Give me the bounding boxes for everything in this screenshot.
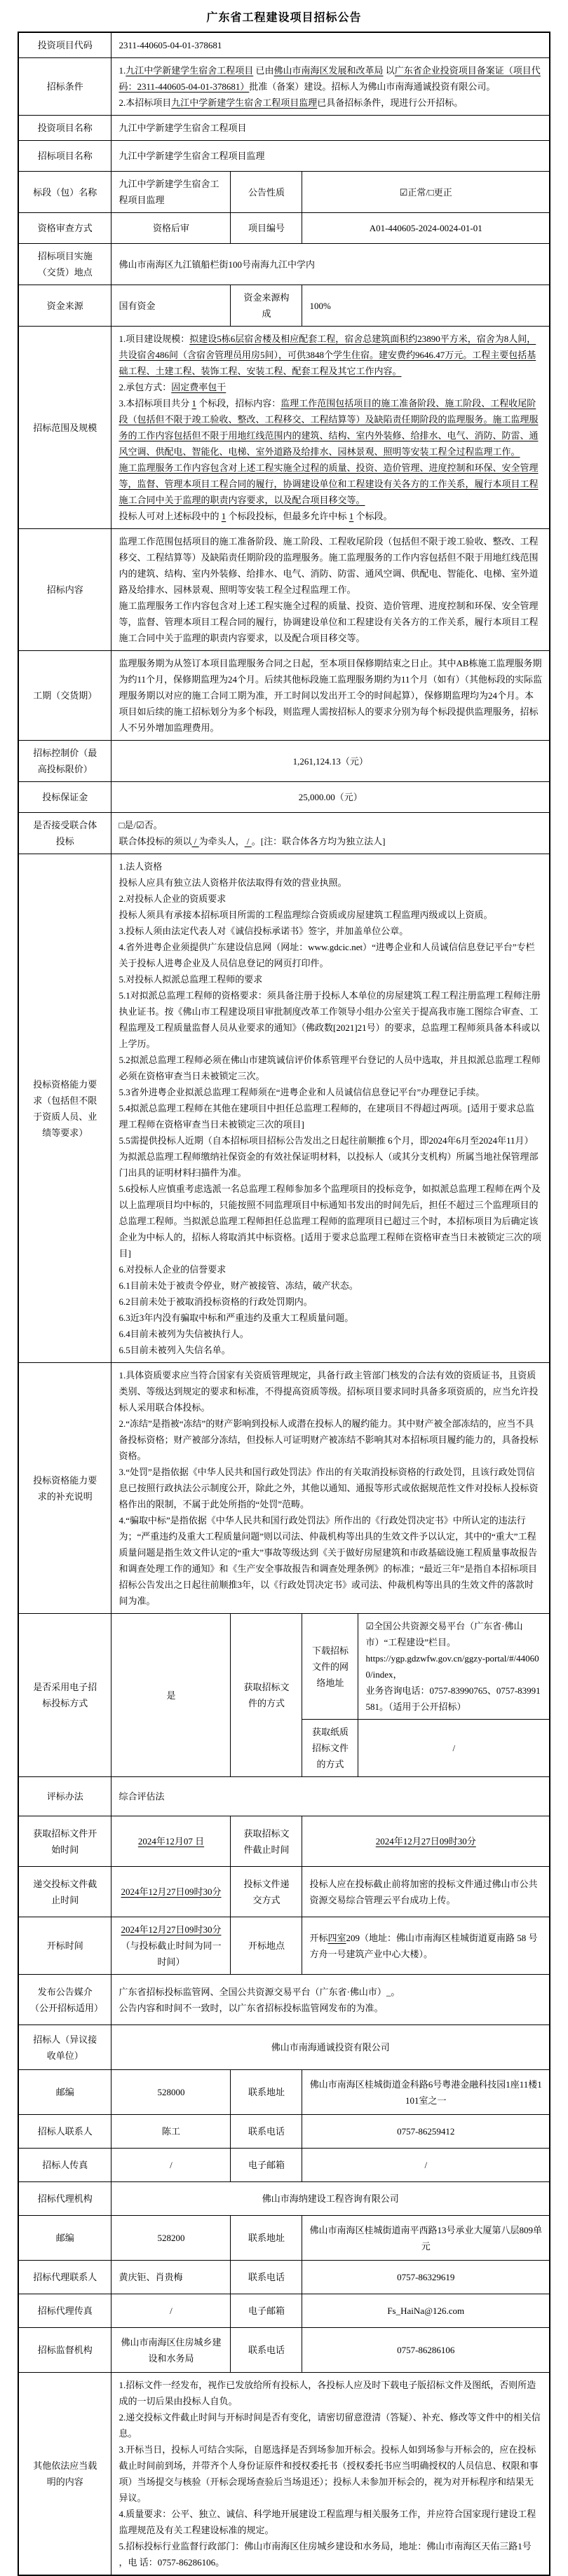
- doc-method-label: 获取招标文件的方式: [231, 1614, 302, 1777]
- tenderer-address-label: 联系地址: [231, 2070, 302, 2115]
- evaluation-label: 评标办法: [18, 1777, 111, 1816]
- paper-method-value: /: [358, 1720, 550, 1777]
- bid-conditions-value: 1.九江中学新建学生宿舍工程项目 已由佛山市南海区发展和改革局 以广东省企业投资…: [111, 58, 550, 116]
- row-funds: 资金来源 国有资金 资金来源构成 100%: [18, 285, 550, 327]
- section-value: 九江中学新建学生宿舍工程项目监理: [111, 172, 231, 213]
- funds-value: 国有资金: [111, 285, 231, 327]
- consortium-label: 是否接受联合体投标: [18, 813, 111, 854]
- qualification-notes-label: 投标资格能力要求的补充说明: [18, 1363, 111, 1614]
- content-value: 监理工作范围包括项目的施工准备阶段、施工阶段、工程收尾阶段（包括但不限于竣工验收…: [111, 529, 550, 651]
- qualification-label: 投标资格能力要求（包括但不限于资质人员、业绩等要求）: [18, 854, 111, 1363]
- tender-name-value: 九江中学新建学生宿舍工程项目监理: [111, 141, 550, 172]
- agency-value: 佛山市海纳建设工程咨询有限公司: [111, 2182, 550, 2216]
- agency-contact-value: 黄庆钜、肖贵梅: [111, 2261, 231, 2294]
- tenderer-contact-label: 招标人联系人: [18, 2115, 111, 2149]
- deposit-value: 25,000.00（元）: [111, 782, 550, 813]
- agency-fax-label: 招标代理传真: [18, 2294, 111, 2328]
- row-tenderer: 招标人（异议接收单位） 佛山市南海通诚投资有限公司: [18, 2025, 550, 2070]
- tenderer-phone-value: 0757-86259412: [302, 2115, 550, 2149]
- invest-code-label: 投资项目代码: [18, 32, 111, 58]
- row-contact1: 招标人联系人 陈工 联系电话 0757-86259412: [18, 2115, 550, 2149]
- funds-composition-value: 100%: [302, 285, 550, 327]
- row-submit: 递交投标文件截止时间 2024年12月27日09时30分 投标文件递交方式 投标…: [18, 1867, 550, 1917]
- qual-review-label: 资格审查方式: [18, 213, 111, 244]
- evaluation-value: 综合评估法: [111, 1777, 550, 1816]
- agency-email-value: Fs_HaiNa@126.com: [302, 2294, 550, 2328]
- agency-address-label: 联系地址: [231, 2216, 302, 2261]
- agency-label: 招标代理机构: [18, 2182, 111, 2216]
- doc-start-value: 2024年12月07 日: [111, 1816, 231, 1867]
- supervisor-label: 招标监督机构: [18, 2328, 111, 2373]
- row-fax2: 招标代理传真 / 电子邮箱 Fs_HaiNa@126.com: [18, 2294, 550, 2328]
- consortium-value: □是/☑否。联合体投标的须以 / 为牵头人， / 。[注：联合体各方均为独立法人…: [111, 813, 550, 854]
- content-label: 招标内容: [18, 529, 111, 651]
- scope-label: 招标范围及规模: [18, 327, 111, 529]
- page-title: 广东省工程建设项目招标公告: [0, 8, 568, 25]
- qualification-notes-value: 1.具体资质要求应当符合国家有关资质管理规定，具备行政主管部门核发的合法有效的资…: [111, 1363, 550, 1614]
- bid-conditions-label: 招标条件: [18, 58, 111, 116]
- row-duration: 工期（交货期） 监理服务期为从签订本项目监理服务合同之日起，至本项目保修期结束之…: [18, 651, 550, 741]
- row-zip2: 邮编 528200 联系地址 佛山市南海区桂城街道南平西路13号承业大厦第八层8…: [18, 2216, 550, 2261]
- submit-method-value: 投标人应在投标截止前将加密的投标文件通过佛山市公共资源交易综合管理云平台成功上传…: [302, 1867, 550, 1917]
- row-section: 标段（包）名称 九江中学新建学生宿舍工程项目监理 公告性质 ☑正常/□更正: [18, 172, 550, 213]
- tenderer-fax-value: /: [111, 2149, 231, 2182]
- opening-time-value: 2024年12月27日09时30分（与投标截止时间为同一时间）: [111, 1917, 231, 1975]
- invest-code-value: 2311-440605-04-01-378681: [111, 32, 550, 58]
- tenderer-fax-label: 招标人传真: [18, 2149, 111, 2182]
- row-control-price: 招标控制价（最高投标限价） 1,261,124.13（元）: [18, 741, 550, 782]
- row-agency: 招标代理机构 佛山市海纳建设工程咨询有限公司: [18, 2182, 550, 2216]
- agency-phone-label: 联系电话: [231, 2261, 302, 2294]
- paper-method-label: 获取纸质招标文件的方式: [302, 1720, 358, 1777]
- row-consortium: 是否接受联合体投标 □是/☑否。联合体投标的须以 / 为牵头人， / 。[注：联…: [18, 813, 550, 854]
- row-qualification-notes: 投标资格能力要求的补充说明 1.具体资质要求应当符合国家有关资质管理规定，具备行…: [18, 1363, 550, 1614]
- tenderer-address-value: 佛山市南海区桂城街道金科路6号粤港金融科技园1座11楼1101室之一: [302, 2070, 550, 2115]
- row-opening: 开标时间 2024年12月27日09时30分（与投标截止时间为同一时间） 开标地…: [18, 1917, 550, 1975]
- download-address-label: 下载招标文件的网络地址: [302, 1614, 358, 1720]
- doc-end-value: 2024年12月27日09时30分: [302, 1816, 550, 1867]
- deposit-label: 投标保证金: [18, 782, 111, 813]
- row-other: 其他依法应当载明的内容 1.招标文件一经发布，视作已发放给所有投标人，各投标人应…: [18, 2373, 550, 2576]
- row-supervisor: 招标监督机构 佛山市南海区住房城乡建设和水务局 联系电话 0757-862861…: [18, 2328, 550, 2373]
- agency-zip-value: 528200: [111, 2216, 231, 2261]
- tenderer-email-value: /: [302, 2149, 550, 2182]
- electronic-label: 是否采用电子招标投标方式: [18, 1614, 111, 1777]
- submit-deadline-label: 递交投标文件截止时间: [18, 1867, 111, 1917]
- opening-place-value: 开标四室209（地址：佛山市南海区桂城街道夏南路 58 号方舟一号建筑产业中心大…: [302, 1917, 550, 1975]
- other-label: 其他依法应当载明的内容: [18, 2373, 111, 2576]
- invest-name-label: 投资项目名称: [18, 116, 111, 141]
- project-number-label: 项目编号: [231, 213, 302, 244]
- tenderer-zip-value: 528000: [111, 2070, 231, 2115]
- location-label: 招标项目实施（交货）地点: [18, 244, 111, 285]
- announcement-table: 投资项目代码 2311-440605-04-01-378681 招标条件 1.九…: [18, 32, 550, 2576]
- tenderer-email-label: 电子邮箱: [231, 2149, 302, 2182]
- duration-value: 监理服务期为从签订本项目监理服务合同之日起，至本项目保修期结束之日止。其中AB栋…: [111, 651, 550, 741]
- notice-nature-label: 公告性质: [231, 172, 302, 213]
- submit-method-label: 投标文件递交方式: [231, 1867, 302, 1917]
- supervisor-value: 佛山市南海区住房城乡建设和水务局: [111, 2328, 231, 2373]
- download-address-value: ☑全国公共资源交易平台（广东省·佛山市）“工程建设”栏目。https://ygp…: [358, 1614, 550, 1720]
- project-number-value: A01-440605-2024-0024-01-01: [302, 213, 550, 244]
- row-doc-time: 获取招标文件开始时间 2024年12月07 日 获取招标文件截止时间 2024年…: [18, 1816, 550, 1867]
- scope-value: 1.项目建设规模：拟建设5栋6层宿舍楼及相应配套工程，宿舍总建筑面积约23890…: [111, 327, 550, 529]
- row-qualification: 投标资格能力要求（包括但不限于资质人员、业绩等要求） 1.法人资格投标人应具有独…: [18, 854, 550, 1363]
- agency-email-label: 电子邮箱: [231, 2294, 302, 2328]
- row-zip1: 邮编 528000 联系地址 佛山市南海区桂城街道金科路6号粤港金融科技园1座1…: [18, 2070, 550, 2115]
- row-evaluation: 评标办法 综合评估法: [18, 1777, 550, 1816]
- row-fax1: 招标人传真 / 电子邮箱 /: [18, 2149, 550, 2182]
- row-qual-review: 资格审查方式 资格后审 项目编号 A01-440605-2024-0024-01…: [18, 213, 550, 244]
- row-electronic: 是否采用电子招标投标方式 是 获取招标文件的方式 下载招标文件的网络地址 ☑全国…: [18, 1614, 550, 1720]
- row-media: 发布公告媒介（公开招标适用） 广东省招标投标监管网、全国公共资源交易平台（广东省…: [18, 1975, 550, 2025]
- tender-name-label: 招标项目名称: [18, 141, 111, 172]
- media-label: 发布公告媒介（公开招标适用）: [18, 1975, 111, 2025]
- notice-nature-value: ☑正常/□更正: [302, 172, 550, 213]
- agency-fax-value: /: [111, 2294, 231, 2328]
- duration-label: 工期（交货期）: [18, 651, 111, 741]
- row-bid-conditions: 招标条件 1.九江中学新建学生宿舍工程项目 已由佛山市南海区发展和改革局 以广东…: [18, 58, 550, 116]
- row-content: 招标内容 监理工作范围包括项目的施工准备阶段、施工阶段、工程收尾阶段（包括但不限…: [18, 529, 550, 651]
- control-price-value: 1,261,124.13（元）: [111, 741, 550, 782]
- funds-label: 资金来源: [18, 285, 111, 327]
- opening-place-label: 开标地点: [231, 1917, 302, 1975]
- invest-name-value: 九江中学新建学生宿舍工程项目: [111, 116, 550, 141]
- supervisor-phone-value: 0757-86286106: [302, 2328, 550, 2373]
- agency-address-value: 佛山市南海区桂城街道南平西路13号承业大厦第八层809单元: [302, 2216, 550, 2261]
- qual-review-value: 资格后审: [111, 213, 231, 244]
- doc-end-label: 获取招标文件截止时间: [231, 1816, 302, 1867]
- electronic-value: 是: [111, 1614, 231, 1777]
- row-invest-name: 投资项目名称 九江中学新建学生宿舍工程项目: [18, 116, 550, 141]
- agency-phone-value: 0757-86329619: [302, 2261, 550, 2294]
- tenderer-zip-label: 邮编: [18, 2070, 111, 2115]
- row-invest-code: 投资项目代码 2311-440605-04-01-378681: [18, 32, 550, 58]
- agency-zip-label: 邮编: [18, 2216, 111, 2261]
- opening-time-label: 开标时间: [18, 1917, 111, 1975]
- row-location: 招标项目实施（交货）地点 佛山市南海区九江镇船栏街100号南海九江中学内: [18, 244, 550, 285]
- tenderer-value: 佛山市南海通诚投资有限公司: [111, 2025, 550, 2070]
- media-value: 广东省招标投标监管网、全国公共资源交易平台（广东省·佛山市）_。公告内容和时间不…: [111, 1975, 550, 2025]
- doc-start-label: 获取招标文件开始时间: [18, 1816, 111, 1867]
- other-value: 1.招标文件一经发布，视作已发放给所有投标人，各投标人应及时下载电子版招标文件及…: [111, 2373, 550, 2576]
- supervisor-phone-label: 联系电话: [231, 2328, 302, 2373]
- qualification-value: 1.法人资格投标人应具有独立法人资格并依法取得有效的营业执照。2.对投标人企业的…: [111, 854, 550, 1363]
- row-scope: 招标范围及规模 1.项目建设规模：拟建设5栋6层宿舍楼及相应配套工程，宿舍总建筑…: [18, 327, 550, 529]
- location-value: 佛山市南海区九江镇船栏街100号南海九江中学内: [111, 244, 550, 285]
- tenderer-contact-value: 陈工: [111, 2115, 231, 2149]
- funds-composition-label: 资金来源构成: [231, 285, 302, 327]
- section-label: 标段（包）名称: [18, 172, 111, 213]
- tenderer-label: 招标人（异议接收单位）: [18, 2025, 111, 2070]
- row-deposit: 投标保证金 25,000.00（元）: [18, 782, 550, 813]
- tenderer-phone-label: 联系电话: [231, 2115, 302, 2149]
- control-price-label: 招标控制价（最高投标限价）: [18, 741, 111, 782]
- submit-deadline-value: 2024年12月27日09时30分: [111, 1867, 231, 1917]
- announcement-page: 广东省工程建设项目招标公告 投资项目代码 2311-440605-04-01-3…: [0, 0, 568, 2576]
- row-tender-name: 招标项目名称 九江中学新建学生宿舍工程项目监理: [18, 141, 550, 172]
- agency-contact-label: 招标代理联系人: [18, 2261, 111, 2294]
- row-contact2: 招标代理联系人 黄庆钜、肖贵梅 联系电话 0757-86329619: [18, 2261, 550, 2294]
